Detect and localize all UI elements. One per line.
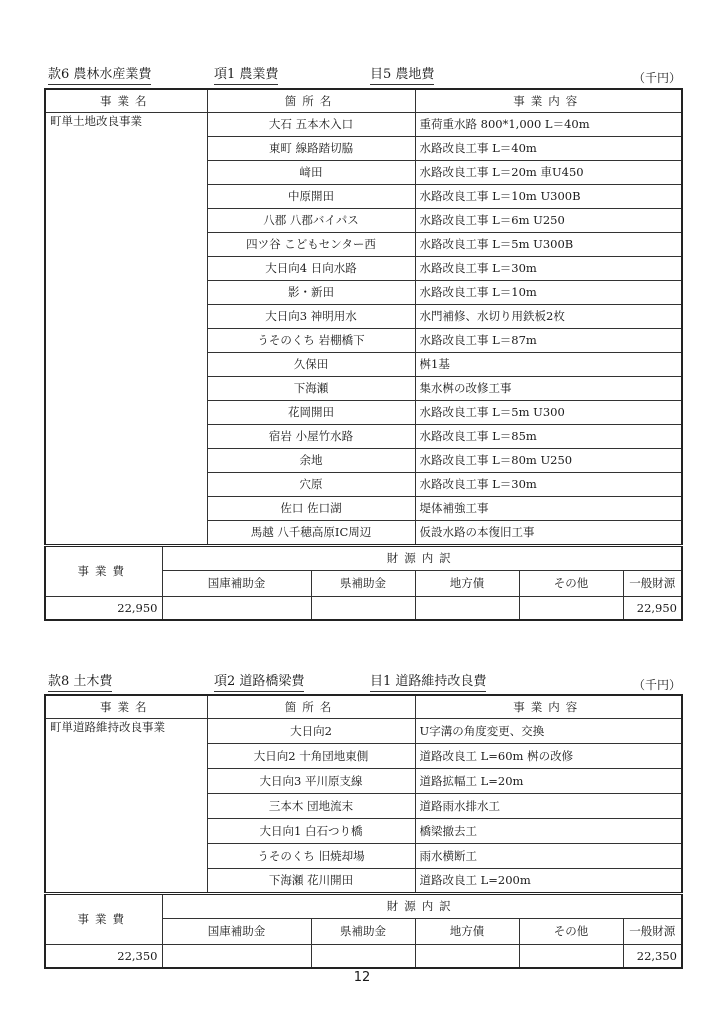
kou-label: 項2 道路橋梁費 (214, 673, 304, 692)
section-2-table: 事業名 箇所名 事業内容 町単道路維持改良事業 大日向2 U字溝の角度変更、交換… (44, 694, 683, 969)
content-cell: 水路改良工事 L＝87m (415, 328, 682, 352)
moku-label: 目1 道路維持改良費 (370, 673, 486, 692)
content-cell: 水路改良工事 L＝85m (415, 424, 682, 448)
location-cell: 大日向2 十角団地東側 (207, 743, 415, 768)
value-national-subsidy (162, 596, 311, 620)
location-cell: 三本木 団地流末 (207, 793, 415, 818)
content-cell: 水路改良工事 L＝30m (415, 472, 682, 496)
location-cell: 大日向4 日向水路 (207, 256, 415, 280)
col-national-subsidy: 国庫補助金 (162, 570, 311, 596)
content-cell: 水路改良工事 L＝20m 車U450 (415, 160, 682, 184)
location-cell: 下海瀬 (207, 376, 415, 400)
breakdown-label: 財源内訳 (162, 893, 682, 918)
project-name: 町単土地改良事業 (45, 112, 207, 545)
content-cell: 水門補修、水切り用鉄板2枚 (415, 304, 682, 328)
location-cell: 八郡 八郡バイパス (207, 208, 415, 232)
content-cell: 道路改良工 L=200m (415, 868, 682, 893)
location-cell: 大日向3 平川原支線 (207, 768, 415, 793)
header-content: 事業内容 (415, 695, 682, 718)
summary-row-1: 事業費 財源内訳 (45, 893, 682, 918)
summary-values-row: 22,950 22,950 (45, 596, 682, 620)
section-1-heading: 款6 農林水産業費 項1 農業費 目5 農地費 （千円） (44, 66, 681, 86)
kou-label: 項1 農業費 (214, 66, 278, 85)
col-general-revenue: 一般財源 (623, 570, 682, 596)
col-other: その他 (519, 918, 623, 944)
header-project: 事業名 (45, 695, 207, 718)
location-cell: 大石 五本木入口 (207, 112, 415, 136)
section-1-table: 事業名 箇所名 事業内容 町単土地改良事業 大石 五本木入口 重荷重水路 800… (44, 88, 683, 621)
content-cell: 雨水横断工 (415, 843, 682, 868)
location-cell: 中原開田 (207, 184, 415, 208)
header-content: 事業内容 (415, 89, 682, 112)
header-row: 事業名 箇所名 事業内容 (45, 695, 682, 718)
cost-label: 事業費 (45, 893, 162, 944)
content-cell: 仮設水路の本復旧工事 (415, 520, 682, 545)
value-general-revenue: 22,350 (623, 944, 682, 968)
location-cell: うそのくち 岩棚橋下 (207, 328, 415, 352)
header-project: 事業名 (45, 89, 207, 112)
unit-label: （千円） (633, 677, 681, 693)
content-cell: 水路改良工事 L＝40m (415, 136, 682, 160)
summary-row-1: 事業費 財源内訳 (45, 545, 682, 570)
location-cell: 影・新田 (207, 280, 415, 304)
location-cell: 宿岩 小屋竹水路 (207, 424, 415, 448)
value-other (519, 596, 623, 620)
location-cell: 東町 線路踏切脇 (207, 136, 415, 160)
location-cell: 佐口 佐口湖 (207, 496, 415, 520)
unit-label: （千円） (633, 70, 681, 86)
content-cell: 水路改良工事 L＝5m U300 (415, 400, 682, 424)
col-prefectural-subsidy: 県補助金 (311, 918, 415, 944)
location-cell: 大日向1 白石つり橋 (207, 818, 415, 843)
project-name: 町単道路維持改良事業 (45, 718, 207, 893)
value-other (519, 944, 623, 968)
content-cell: 集水桝の改修工事 (415, 376, 682, 400)
content-cell: 堤体補強工事 (415, 496, 682, 520)
cost-label: 事業費 (45, 545, 162, 596)
cost-value: 22,950 (45, 596, 162, 620)
value-local-bond (415, 944, 519, 968)
content-cell: 水路改良工事 L＝6m U250 (415, 208, 682, 232)
value-national-subsidy (162, 944, 311, 968)
col-local-bond: 地方債 (415, 918, 519, 944)
table-row: 町単道路維持改良事業 大日向2 U字溝の角度変更、交換 (45, 718, 682, 743)
content-cell: 水路改良工事 L＝10m U300B (415, 184, 682, 208)
location-cell: 馬越 八千穂高原IC周辺 (207, 520, 415, 545)
location-cell: 穴原 (207, 472, 415, 496)
location-cell: うそのくち 旧焼却場 (207, 843, 415, 868)
col-other: その他 (519, 570, 623, 596)
content-cell: 桝1基 (415, 352, 682, 376)
location-cell: 四ツ谷 こどもセンター西 (207, 232, 415, 256)
content-cell: 水路改良工事 L＝10m (415, 280, 682, 304)
content-cell: 橋梁撤去工 (415, 818, 682, 843)
col-local-bond: 地方債 (415, 570, 519, 596)
page-number: 12 (0, 970, 724, 985)
value-general-revenue: 22,950 (623, 596, 682, 620)
col-prefectural-subsidy: 県補助金 (311, 570, 415, 596)
moku-label: 目5 農地費 (370, 66, 434, 85)
location-cell: 花岡開田 (207, 400, 415, 424)
content-cell: 水路改良工事 L＝30m (415, 256, 682, 280)
content-cell: 水路改良工事 L＝80m U250 (415, 448, 682, 472)
value-prefectural-subsidy (311, 944, 415, 968)
section-2-heading: 款8 土木費 項2 道路橋梁費 目1 道路維持改良費 （千円） (44, 673, 681, 693)
col-national-subsidy: 国庫補助金 (162, 918, 311, 944)
location-cell: 﨑田 (207, 160, 415, 184)
summary-values-row: 22,350 22,350 (45, 944, 682, 968)
kan-label: 款8 土木費 (48, 673, 112, 692)
content-cell: 重荷重水路 800*1,000 L＝40m (415, 112, 682, 136)
breakdown-label: 財源内訳 (162, 545, 682, 570)
location-cell: 大日向2 (207, 718, 415, 743)
value-local-bond (415, 596, 519, 620)
location-cell: 久保田 (207, 352, 415, 376)
col-general-revenue: 一般財源 (623, 918, 682, 944)
header-location: 箇所名 (207, 695, 415, 718)
location-cell: 下海瀬 花川開田 (207, 868, 415, 893)
location-cell: 大日向3 神明用水 (207, 304, 415, 328)
header-location: 箇所名 (207, 89, 415, 112)
table-row: 町単土地改良事業 大石 五本木入口 重荷重水路 800*1,000 L＝40m (45, 112, 682, 136)
content-cell: 道路雨水排水工 (415, 793, 682, 818)
content-cell: 道路拡幅工 L=20m (415, 768, 682, 793)
header-row: 事業名 箇所名 事業内容 (45, 89, 682, 112)
value-prefectural-subsidy (311, 596, 415, 620)
content-cell: U字溝の角度変更、交換 (415, 718, 682, 743)
kan-label: 款6 農林水産業費 (48, 66, 151, 85)
cost-value: 22,350 (45, 944, 162, 968)
content-cell: 水路改良工事 L＝5m U300B (415, 232, 682, 256)
location-cell: 余地 (207, 448, 415, 472)
content-cell: 道路改良工 L=60m 桝の改修 (415, 743, 682, 768)
